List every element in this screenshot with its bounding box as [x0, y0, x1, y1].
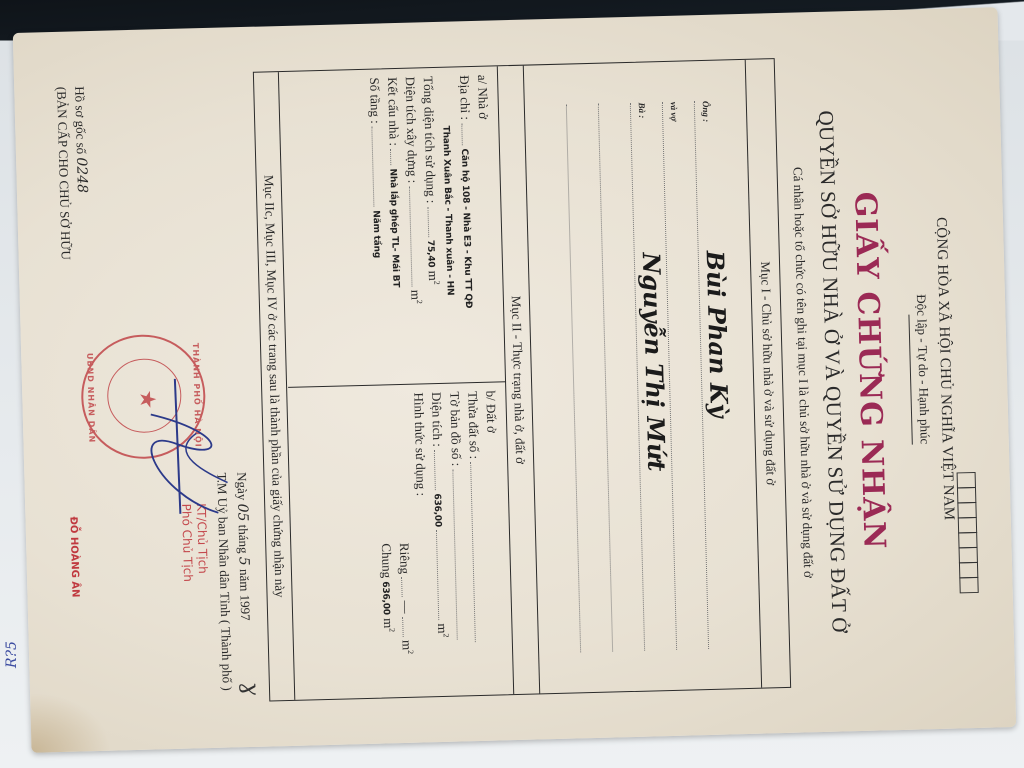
record-value: 0248 — [73, 157, 90, 193]
unit-sup: 2 — [414, 300, 423, 304]
certificate-paper: CỘNG HÒA XÃ HỘI CHỦ NGHĨA VIỆT NAM Độc l… — [13, 7, 1017, 753]
record-number: Hồ sơ gốc số 0248 — [71, 86, 90, 193]
certificate-content: CỘNG HÒA XÃ HỘI CHỦ NGHĨA VIỆT NAM Độc l… — [26, 23, 1004, 738]
structure-value: Nhà lắp ghép TL- Mái BT — [387, 168, 400, 287]
motto-underline — [908, 315, 912, 445]
owner-prefix: Ông : — [700, 101, 711, 123]
floors-label: Số tầng : — [367, 77, 383, 124]
private-label: Riêng — [396, 543, 412, 574]
unit-sup: 2 — [387, 628, 396, 632]
unit-sup: 2 — [406, 650, 415, 654]
unit-m: m — [380, 618, 395, 629]
unit-m: m — [399, 640, 414, 651]
map-sheet-label: Tờ bản đồ số : — [447, 391, 464, 466]
shared-label: Chung — [378, 543, 394, 578]
seal-text-bottom: UBND NHÂN DÂN — [84, 338, 96, 458]
owner-name: Nguyễn Thị Mứt — [636, 252, 671, 472]
land-area-value: 636,00 — [431, 493, 442, 527]
owner-prefix: Bà : — [636, 102, 646, 118]
owner-name: Bùi Phan Kỳ — [700, 250, 733, 418]
month-label: tháng — [235, 524, 251, 553]
year-label: năm — [236, 569, 252, 592]
corner-handwriting: ɣ — [237, 682, 262, 696]
unit-m: m — [425, 270, 440, 281]
shared-value: 636,00 — [379, 581, 390, 615]
land-column: b/ Đất ở Thửa đất số : Tờ bản đồ số : Di… — [288, 382, 512, 700]
certificate-frame: Mục I - Chủ sở hữu nhà ở và sử dụng đất … — [252, 58, 790, 701]
structure-label: Kết cấu nhà : — [385, 77, 402, 146]
address-label: Địa chỉ : — [457, 75, 473, 120]
serial-number-boxes — [956, 473, 978, 593]
margin-handwriting: R?5 — [4, 641, 20, 668]
parcel-label: Thửa đất số : — [465, 391, 482, 459]
total-area-label: Tổng diện tích sử dụng : — [420, 76, 438, 204]
total-area-value: 75,40 — [424, 240, 435, 268]
address-line1: Căn hộ 108 - Nhà E3 - Khu TT QĐ — [458, 148, 472, 308]
copy-note: (BẢN CẤP CHO CHỦ SỞ HỮU — [53, 87, 74, 261]
owner-prefix: và vợ — [668, 102, 679, 122]
section1-heading: Mục I - Chủ sở hữu nhà ở và sử dụng đất … — [751, 59, 783, 687]
private-value: — — [398, 600, 413, 613]
month-value: 5 — [235, 557, 251, 566]
year-value: 1997 — [237, 594, 253, 620]
unit-m: m — [435, 623, 450, 634]
signer-name: ĐỖ HOÀNG ÂN — [67, 516, 80, 597]
record-label: Hồ sơ gốc số — [72, 86, 89, 154]
built-area-label: Diện tích xây dựng : — [402, 76, 420, 183]
address-line2: Thanh Xuân Bắc - Thanh xuân - HN — [440, 126, 454, 296]
unit-sup: 2 — [441, 633, 450, 637]
house-column: a/ Nhà ở Địa chỉ : Căn hộ 108 - Nhà E3 -… — [279, 66, 503, 387]
land-area-label: Diện tích : — [428, 392, 444, 447]
signature-icon — [144, 372, 238, 524]
usage-label: Hình thức sử dụng : — [411, 392, 429, 496]
unit-sup: 2 — [432, 281, 441, 285]
floors-value: Năm tầng — [370, 210, 381, 258]
